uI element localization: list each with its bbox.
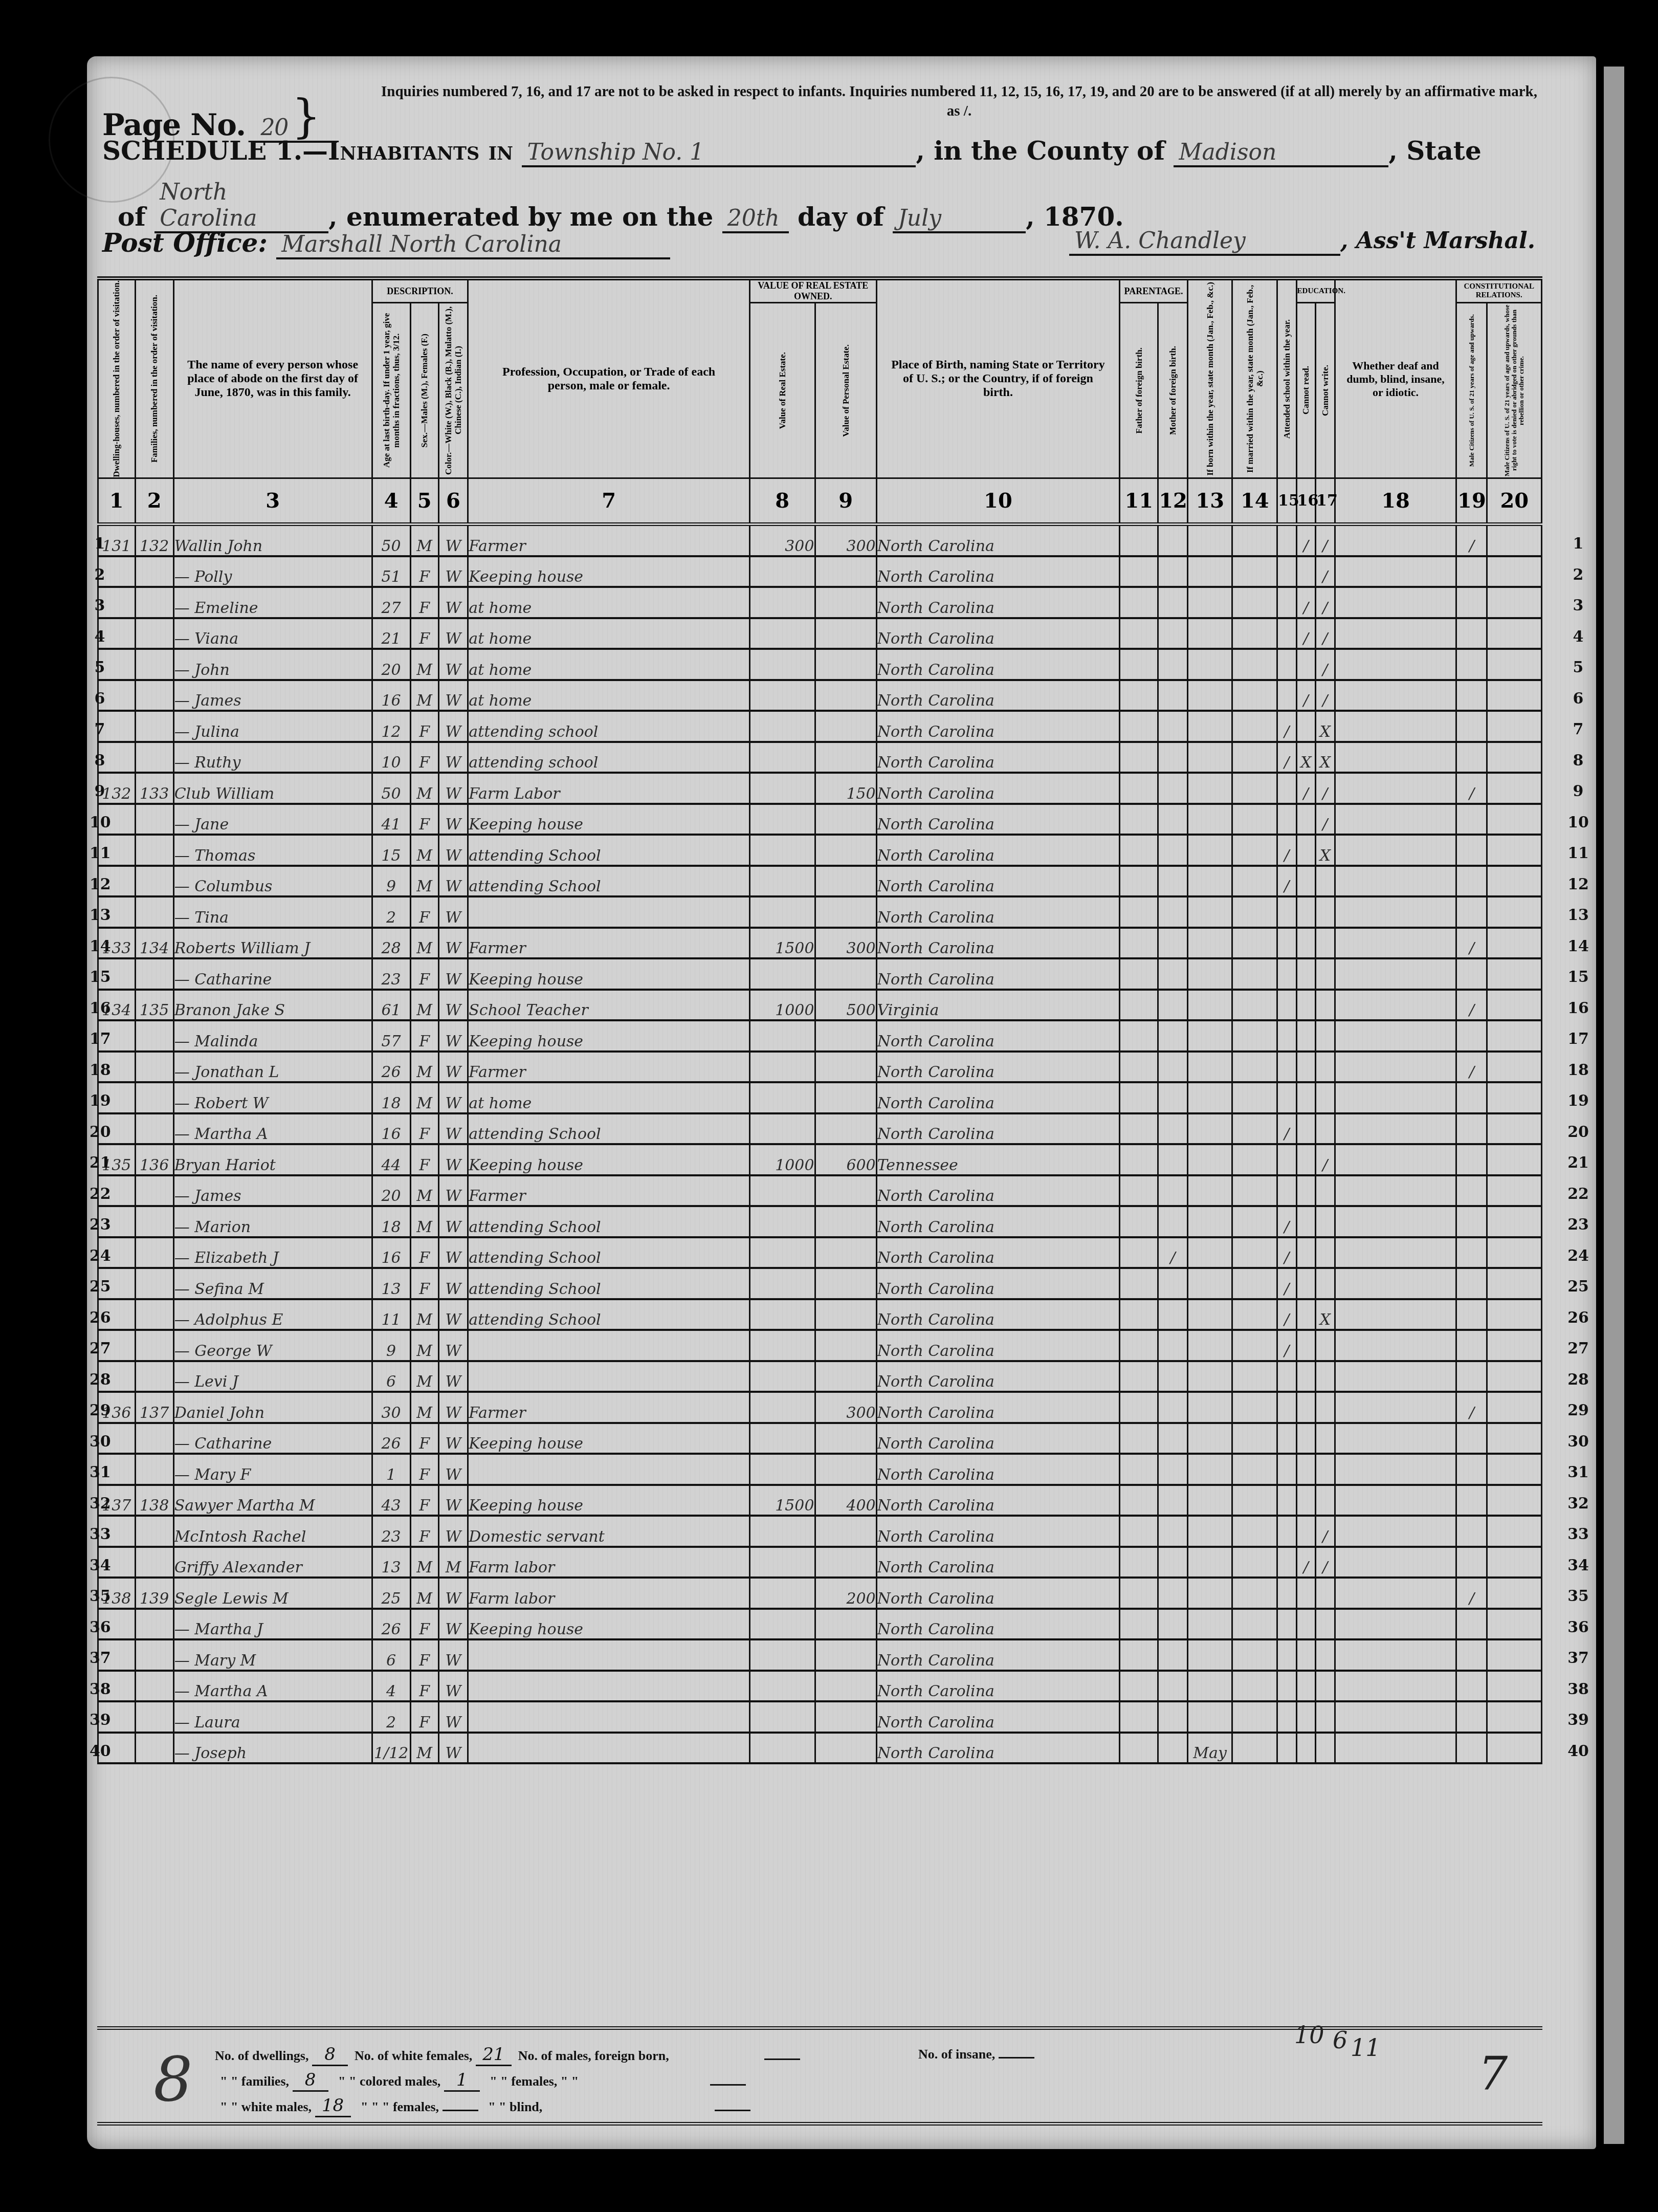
cell-personal — [815, 1237, 876, 1268]
cell-c13 — [1187, 1206, 1232, 1237]
cell-age: 16 — [372, 1113, 410, 1145]
cell-personal: 200 — [815, 1578, 876, 1609]
cell-c15: / — [1277, 742, 1297, 773]
cell-c20 — [1487, 1206, 1542, 1237]
line-number: 25 — [90, 1278, 110, 1296]
cell-c14 — [1232, 835, 1277, 866]
cell-c19: / — [1456, 928, 1487, 959]
cell-c13 — [1187, 649, 1232, 680]
line-number: 9 — [90, 782, 110, 800]
cell-c15 — [1277, 958, 1297, 990]
cell-c17 — [1316, 1423, 1335, 1454]
cell-c13 — [1187, 1330, 1232, 1361]
cell-occupation: attending School — [468, 866, 750, 897]
cell-c16 — [1296, 928, 1316, 959]
cell-c15 — [1277, 1082, 1297, 1113]
line-number: 16 — [90, 999, 110, 1017]
cell-c12 — [1158, 1639, 1188, 1671]
marshal-name: W. A. Chandley — [1069, 228, 1340, 256]
cell-c16: / — [1296, 1547, 1316, 1578]
cell-c17 — [1316, 866, 1335, 897]
cell-name: — Tina — [173, 896, 372, 928]
cell-c16 — [1296, 649, 1316, 680]
cell-c16: / — [1296, 524, 1316, 556]
cell-c18 — [1335, 1299, 1456, 1330]
cell-occupation — [468, 1454, 750, 1485]
cell-c12 — [1158, 587, 1188, 618]
cell-c15 — [1277, 1701, 1297, 1733]
cell-c14 — [1232, 1237, 1277, 1268]
line-number: 16 — [1565, 999, 1591, 1017]
cell-birthplace: North Carolina — [876, 1671, 1120, 1702]
cell-c20 — [1487, 711, 1542, 742]
table-row: McIntosh Rachel23FWDomestic servantNorth… — [98, 1516, 1542, 1547]
cell-real — [749, 1547, 815, 1578]
line-number: 26 — [90, 1309, 110, 1327]
cell-c14 — [1232, 1454, 1277, 1485]
cell-c15 — [1277, 524, 1297, 556]
cell-color: W — [438, 1144, 468, 1175]
cell-age: 50 — [372, 773, 410, 804]
col-num: 14 — [1232, 478, 1277, 524]
cell-sex: M — [410, 928, 438, 959]
cell-birthplace: North Carolina — [876, 1206, 1120, 1237]
cell-c11 — [1120, 618, 1158, 649]
cell-occupation: Farmer — [468, 1392, 750, 1423]
cell-sex: F — [410, 556, 438, 587]
table-row: — Martha A16FWattending SchoolNorth Caro… — [98, 1113, 1542, 1145]
table-row: — Martha A4FWNorth Carolina — [98, 1671, 1542, 1702]
cell-occupation: Farm labor — [468, 1578, 750, 1609]
cell-c16 — [1296, 804, 1316, 835]
cell-c11 — [1120, 1578, 1158, 1609]
line-number: 38 — [90, 1680, 110, 1698]
cell-c18 — [1335, 1454, 1456, 1485]
table-row: — Tina2FWNorth Carolina — [98, 896, 1542, 928]
cell-c17 — [1316, 896, 1335, 928]
cell-c13 — [1187, 896, 1232, 928]
cell-name: Segle Lewis M — [173, 1578, 372, 1609]
line-number: 39 — [1565, 1711, 1591, 1729]
cell-real — [749, 866, 815, 897]
cell-c19 — [1456, 618, 1487, 649]
table-row: — Polly51FWKeeping houseNorth Carolina/ — [98, 556, 1542, 587]
cell-c13 — [1187, 1671, 1232, 1702]
line-number: 38 — [1565, 1680, 1591, 1698]
cell-c19 — [1456, 1206, 1487, 1237]
cell-c13 — [1187, 1020, 1232, 1052]
cell-real — [749, 1423, 815, 1454]
line-number: 24 — [90, 1247, 110, 1265]
cell-birthplace: North Carolina — [876, 1361, 1120, 1392]
cell-sex: F — [410, 742, 438, 773]
cell-c11 — [1120, 1392, 1158, 1423]
cell-c20 — [1487, 958, 1542, 990]
table-row: 131132Wallin John50MWFarmer300300North C… — [98, 524, 1542, 556]
cell-family — [135, 1020, 173, 1052]
cell-real — [749, 1082, 815, 1113]
cell-birthplace: Virginia — [876, 990, 1120, 1021]
cell-c16 — [1296, 556, 1316, 587]
line-number: 13 — [90, 906, 110, 924]
line-number: 36 — [1565, 1618, 1591, 1636]
cell-age: 2 — [372, 1701, 410, 1733]
cell-c18 — [1335, 649, 1456, 680]
cell-c18 — [1335, 1701, 1456, 1733]
cell-occupation — [468, 1671, 750, 1702]
cell-personal — [815, 804, 876, 835]
line-number: 7 — [1565, 720, 1591, 738]
cell-name: — Catharine — [173, 958, 372, 990]
cell-age: 27 — [372, 587, 410, 618]
cell-c16 — [1296, 1206, 1316, 1237]
cell-color: W — [438, 1609, 468, 1640]
cell-c16 — [1296, 1578, 1316, 1609]
col-num: 3 — [173, 478, 372, 524]
cell-c11 — [1120, 1361, 1158, 1392]
cell-personal — [815, 1639, 876, 1671]
cell-age: 44 — [372, 1144, 410, 1175]
summary-margin-mark: 8 — [153, 2044, 192, 2115]
cell-name: Roberts William J — [173, 928, 372, 959]
cell-c15: / — [1277, 1237, 1297, 1268]
cell-real — [749, 1020, 815, 1052]
cell-c16 — [1296, 1175, 1316, 1207]
cell-c17 — [1316, 1020, 1335, 1052]
cell-c20 — [1487, 773, 1542, 804]
cell-occupation: at home — [468, 649, 750, 680]
cell-birthplace: North Carolina — [876, 1701, 1120, 1733]
cell-c15 — [1277, 1733, 1297, 1764]
families-count: 8 — [293, 2070, 328, 2092]
table-row: Griffy Alexander13MMFarm laborNorth Caro… — [98, 1547, 1542, 1578]
cell-c17 — [1316, 1206, 1335, 1237]
cell-birthplace: North Carolina — [876, 649, 1120, 680]
cell-family — [135, 1299, 173, 1330]
cell-c17 — [1316, 1330, 1335, 1361]
cell-family — [135, 1268, 173, 1299]
cell-family — [135, 680, 173, 711]
line-number: 29 — [90, 1401, 110, 1419]
line-number: 5 — [90, 659, 110, 676]
cell-c14 — [1232, 1516, 1277, 1547]
cell-c18 — [1335, 835, 1456, 866]
cell-c16 — [1296, 1423, 1316, 1454]
cell-c20 — [1487, 1299, 1542, 1330]
cell-color: W — [438, 1733, 468, 1764]
cell-c16 — [1296, 1052, 1316, 1083]
cell-c18 — [1335, 1578, 1456, 1609]
cell-c16: / — [1296, 680, 1316, 711]
cell-c18 — [1335, 711, 1456, 742]
cell-birthplace: North Carolina — [876, 1052, 1120, 1083]
cell-c17: / — [1316, 773, 1335, 804]
cell-sex: F — [410, 1485, 438, 1516]
cell-c14 — [1232, 1082, 1277, 1113]
cell-c11 — [1120, 1052, 1158, 1083]
cell-c19 — [1456, 1609, 1487, 1640]
col-header-17: Cannot write. — [1316, 303, 1335, 478]
cell-c12 — [1158, 1144, 1188, 1175]
cell-c16 — [1296, 1733, 1316, 1764]
table-row: 133134Roberts William J28MWFarmer1500300… — [98, 928, 1542, 959]
instructions-notice: Inquiries numbered 7, 16, and 17 are not… — [379, 82, 1540, 121]
cell-c16 — [1296, 1454, 1316, 1485]
cell-birthplace: North Carolina — [876, 773, 1120, 804]
col-header-15: Attended school within the year. — [1277, 278, 1297, 478]
col-num: 6 — [438, 478, 468, 524]
cell-occupation: Farmer — [468, 928, 750, 959]
cell-c14 — [1232, 680, 1277, 711]
cell-c19 — [1456, 1733, 1487, 1764]
col-header-18: Whether deaf and dumb, blind, insane, or… — [1335, 278, 1456, 478]
cell-c15 — [1277, 896, 1297, 928]
cell-c20 — [1487, 1052, 1542, 1083]
cell-c14 — [1232, 1578, 1277, 1609]
cell-age: 13 — [372, 1268, 410, 1299]
cell-c12 — [1158, 618, 1188, 649]
cell-c17 — [1316, 990, 1335, 1021]
line-number: 21 — [90, 1154, 110, 1172]
cell-c13 — [1187, 1701, 1232, 1733]
cell-family — [135, 1516, 173, 1547]
table-row: — George W9MWNorth Carolina/ — [98, 1330, 1542, 1361]
line-number: 33 — [1565, 1525, 1591, 1543]
state-field: North Carolina — [154, 179, 328, 233]
cell-c13 — [1187, 680, 1232, 711]
cell-family — [135, 1671, 173, 1702]
cell-c19 — [1456, 1268, 1487, 1299]
cell-personal — [815, 1268, 876, 1299]
cell-c11 — [1120, 1516, 1158, 1547]
line-number: 13 — [1565, 906, 1591, 924]
line-number: 2 — [90, 566, 110, 584]
cell-c14 — [1232, 587, 1277, 618]
line-number: 37 — [90, 1649, 110, 1667]
cell-c19 — [1456, 804, 1487, 835]
cell-c15 — [1277, 804, 1297, 835]
cell-c14 — [1232, 896, 1277, 928]
cell-personal — [815, 1113, 876, 1145]
group-value: VALUE OF REAL ESTATE OWNED. — [749, 278, 876, 303]
cell-occupation: at home — [468, 680, 750, 711]
cell-occupation — [468, 1701, 750, 1733]
cell-c19: / — [1456, 990, 1487, 1021]
cell-occupation: Keeping house — [468, 1485, 750, 1516]
cell-c20 — [1487, 1330, 1542, 1361]
cell-c18 — [1335, 1361, 1456, 1392]
cell-c15 — [1277, 1516, 1297, 1547]
cell-c14 — [1232, 649, 1277, 680]
cell-real — [749, 1454, 815, 1485]
table-row: — Marion18MWattending SchoolNorth Caroli… — [98, 1206, 1542, 1237]
cell-c12 — [1158, 1578, 1188, 1609]
cell-birthplace: North Carolina — [876, 556, 1120, 587]
cell-sex: M — [410, 524, 438, 556]
cell-c11 — [1120, 1020, 1158, 1052]
cell-c13 — [1187, 835, 1232, 866]
cell-c19 — [1456, 958, 1487, 990]
cell-occupation: Farmer — [468, 1175, 750, 1207]
cell-c18 — [1335, 1423, 1456, 1454]
cell-c17 — [1316, 1671, 1335, 1702]
cell-c13 — [1187, 1144, 1232, 1175]
cell-real: 1500 — [749, 928, 815, 959]
col-header-2: Families, numbered in the order of visit… — [135, 278, 173, 478]
cell-sex: M — [410, 1392, 438, 1423]
cell-c13 — [1187, 1392, 1232, 1423]
cell-color: W — [438, 1671, 468, 1702]
cell-age: 1 — [372, 1454, 410, 1485]
cell-c13 — [1187, 524, 1232, 556]
cell-c20 — [1487, 524, 1542, 556]
cell-c13 — [1187, 773, 1232, 804]
cell-c12 — [1158, 1113, 1188, 1145]
cell-name: — Mary M — [173, 1639, 372, 1671]
cell-personal — [815, 1671, 876, 1702]
cell-birthplace: North Carolina — [876, 1392, 1120, 1423]
enumeration-line: of North Carolina, enumerated by me on t… — [118, 179, 1124, 233]
cell-color: W — [438, 958, 468, 990]
cell-c20 — [1487, 1020, 1542, 1052]
col-header-13: If born within the year, state month (Ja… — [1187, 278, 1232, 478]
marshal-line: W. A. Chandley, Ass't Marshal. — [1069, 228, 1535, 256]
cell-age: 16 — [372, 1237, 410, 1268]
cell-c11 — [1120, 1671, 1158, 1702]
cell-c13: May — [1187, 1733, 1232, 1764]
cell-name: — Robert W — [173, 1082, 372, 1113]
cell-real — [749, 1733, 815, 1764]
cell-c11 — [1120, 1547, 1158, 1578]
line-number: 25 — [1565, 1278, 1591, 1296]
cell-c11 — [1120, 524, 1158, 556]
cell-c20 — [1487, 835, 1542, 866]
cell-c16: / — [1296, 587, 1316, 618]
col-header-19: Male Citizens of U. S. of 21 years of ag… — [1456, 303, 1487, 478]
cell-c11 — [1120, 680, 1158, 711]
cell-real — [749, 1609, 815, 1640]
cell-c14 — [1232, 1639, 1277, 1671]
cell-c13 — [1187, 711, 1232, 742]
cell-c16 — [1296, 1671, 1316, 1702]
line-number: 29 — [1565, 1401, 1591, 1419]
cell-c17: / — [1316, 680, 1335, 711]
cell-c17 — [1316, 1113, 1335, 1145]
cell-c18 — [1335, 958, 1456, 990]
cell-c17 — [1316, 1392, 1335, 1423]
cell-color: W — [438, 742, 468, 773]
cell-c14 — [1232, 1392, 1277, 1423]
cell-c20 — [1487, 618, 1542, 649]
line-number: 5 — [1565, 659, 1591, 676]
cell-age: 25 — [372, 1578, 410, 1609]
table-row: — Emeline27FWat homeNorth Carolina// — [98, 587, 1542, 618]
cell-c14 — [1232, 1299, 1277, 1330]
cell-c19 — [1456, 649, 1487, 680]
cell-occupation: attending School — [468, 835, 750, 866]
cell-c19 — [1456, 1454, 1487, 1485]
cell-c13 — [1187, 1639, 1232, 1671]
cell-sex: M — [410, 1082, 438, 1113]
cell-real — [749, 804, 815, 835]
line-number: 32 — [90, 1495, 110, 1513]
cell-name: Club William — [173, 773, 372, 804]
cell-c11 — [1120, 1609, 1158, 1640]
cell-name: Sawyer Martha M — [173, 1485, 372, 1516]
cell-c20 — [1487, 1578, 1542, 1609]
cell-color: W — [438, 1485, 468, 1516]
cell-occupation: attending school — [468, 742, 750, 773]
cell-c15 — [1277, 1144, 1297, 1175]
cell-c16 — [1296, 1113, 1316, 1145]
cell-occupation: at home — [468, 587, 750, 618]
cell-personal — [815, 1454, 876, 1485]
cell-birthplace: North Carolina — [876, 1330, 1120, 1361]
line-number: 17 — [1565, 1030, 1591, 1048]
cell-c20 — [1487, 1423, 1542, 1454]
cell-real — [749, 1299, 815, 1330]
month-field: July — [893, 205, 1026, 233]
cell-c16 — [1296, 1082, 1316, 1113]
cell-c12 — [1158, 1485, 1188, 1516]
cell-c17 — [1316, 1454, 1335, 1485]
cell-personal — [815, 1701, 876, 1733]
table-row: — Mary F1FWNorth Carolina — [98, 1454, 1542, 1485]
cell-real — [749, 1175, 815, 1207]
dwellings-count: 8 — [312, 2044, 348, 2066]
col-num: 18 — [1335, 478, 1456, 524]
cell-c13 — [1187, 1609, 1232, 1640]
cell-color: W — [438, 896, 468, 928]
line-number: 8 — [1565, 752, 1591, 770]
col-num: 20 — [1487, 478, 1542, 524]
cell-age: 4 — [372, 1671, 410, 1702]
cell-birthplace: North Carolina — [876, 618, 1120, 649]
cell-color: W — [438, 618, 468, 649]
line-number: 12 — [1565, 875, 1591, 893]
cell-c11 — [1120, 1113, 1158, 1145]
line-number: 36 — [90, 1618, 110, 1636]
cell-name: Bryan Hariot — [173, 1144, 372, 1175]
cell-c12 — [1158, 835, 1188, 866]
table-row: — Jonathan L26MWFarmerNorth Carolina/ — [98, 1052, 1542, 1083]
cell-family — [135, 587, 173, 618]
cell-c15: / — [1277, 1206, 1297, 1237]
cell-c18 — [1335, 1733, 1456, 1764]
cell-c17: X — [1316, 742, 1335, 773]
cell-c19 — [1456, 1639, 1487, 1671]
cell-c14 — [1232, 1052, 1277, 1083]
cell-occupation: attending school — [468, 711, 750, 742]
line-number: 11 — [1565, 844, 1591, 862]
cell-age: 15 — [372, 835, 410, 866]
cell-real: 1000 — [749, 990, 815, 1021]
cell-c12 — [1158, 1701, 1188, 1733]
line-number: 3 — [90, 597, 110, 615]
cell-birthplace: North Carolina — [876, 1423, 1120, 1454]
cell-sex: M — [410, 1052, 438, 1083]
line-number: 27 — [1565, 1340, 1591, 1357]
cell-c19 — [1456, 556, 1487, 587]
cell-c16 — [1296, 1361, 1316, 1392]
cell-c14 — [1232, 524, 1277, 556]
cell-c11 — [1120, 1454, 1158, 1485]
cell-c19 — [1456, 1547, 1487, 1578]
cell-age: 2 — [372, 896, 410, 928]
cell-c15 — [1277, 680, 1297, 711]
cell-c18 — [1335, 1052, 1456, 1083]
cell-sex: F — [410, 1609, 438, 1640]
